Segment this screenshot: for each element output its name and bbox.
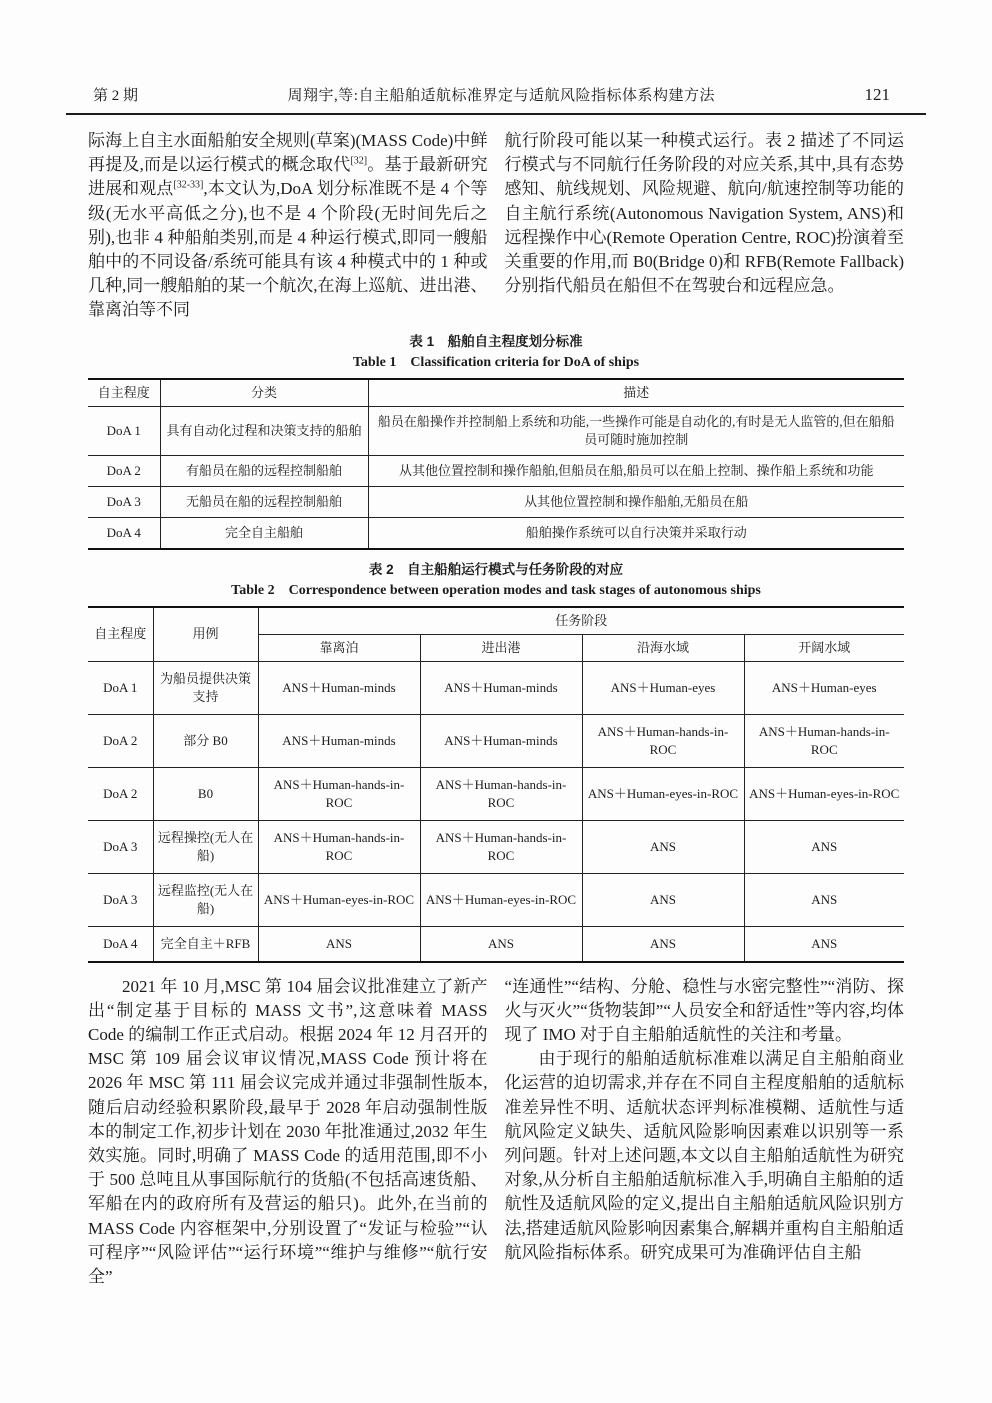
page-header: 第 2 期 周翔宇,等:自主船舶适航标准界定与适航风险指标体系构建方法 121	[66, 0, 926, 115]
table1-classification-criteria: 自主程度分类描述 DoA 1具有自动化过程和决策支持的船舶船员在船操作并控制船上…	[88, 378, 904, 550]
table1-header-cell: 自主程度	[88, 379, 160, 407]
citation-ref: [32]	[350, 156, 367, 167]
stage-cell: ANS＋Human-hands-in-ROC	[582, 714, 744, 767]
stage-cell: ANS＋Human-hands-in-ROC	[258, 767, 420, 820]
stage-cell: ANS＋Human-hands-in-ROC	[420, 767, 582, 820]
table2-caption-en: Table 2 Correspondence between operation…	[0, 580, 992, 602]
doa-cell: DoA 1	[88, 406, 160, 455]
paragraph-right-bottom-1: “连通性”“结构、分舱、稳性与水密完整性”“消防、探火与灭火”“货物装卸”“人员…	[505, 975, 905, 1048]
table2-row: DoA 1为船员提供决策支持ANS＋Human-mindsANS＋Human-m…	[88, 661, 904, 714]
doa-cell: DoA 3	[88, 820, 153, 873]
table1-row: DoA 1具有自动化过程和决策支持的船舶船员在船操作并控制船上系统和功能,一些操…	[88, 406, 904, 455]
left-column-bottom: 2021 年 10 月,MSC 第 104 届会议批准建立了新产出“制定基于目标…	[88, 975, 488, 1290]
table1-row: DoA 2有船员在船的远程控制船舶从其他位置控制和操作船舶,但船员在船,船员可以…	[88, 455, 904, 486]
issue-label: 第 2 期	[93, 84, 138, 105]
table1-header-cell: 分类	[160, 379, 368, 407]
table2-body: DoA 1为船员提供决策支持ANS＋Human-mindsANS＋Human-m…	[88, 661, 904, 962]
usecase-cell: 远程监控(无人在船)	[153, 873, 258, 926]
stage-cell: ANS	[258, 926, 420, 962]
doa-cell: DoA 2	[88, 767, 153, 820]
table2-operation-modes: 自主程度用例任务阶段靠离泊进出港沿海水域开阔水域 DoA 1为船员提供决策支持A…	[88, 606, 904, 963]
stage-cell: ANS＋Human-hands-in-ROC	[744, 714, 904, 767]
doa-cell: DoA 3	[88, 486, 160, 517]
table2-row: DoA 2B0ANS＋Human-hands-in-ROCANS＋Human-h…	[88, 767, 904, 820]
table2-row: DoA 2部分 B0ANS＋Human-mindsANS＋Human-minds…	[88, 714, 904, 767]
right-column-top: 航行阶段可能以某一种模式运行。表 2 描述了不同运行模式与不同航行任务阶段的对应…	[505, 129, 905, 323]
usecase-cell: B0	[153, 767, 258, 820]
category-cell: 具有自动化过程和决策支持的船舶	[160, 406, 368, 455]
paragraph-right-bottom-2: 由于现行的船舶适航标准难以满足自主船舶商业化运营的迫切需求,并存在不同自主程度船…	[505, 1047, 905, 1265]
table1-caption: 表 1 船舶自主程度划分标准 Table 1 Classification cr…	[0, 332, 992, 374]
table2-row: DoA 3远程监控(无人在船)ANS＋Human-eyes-in-ROCANS＋…	[88, 873, 904, 926]
usecase-cell: 完全自主＋RFB	[153, 926, 258, 962]
stage-header-cell: 开阔水域	[744, 634, 904, 661]
doa-cell: DoA 1	[88, 661, 153, 714]
doa-cell: DoA 2	[88, 714, 153, 767]
stage-cell: ANS＋Human-hands-in-ROC	[420, 820, 582, 873]
table2-row: DoA 4完全自主＋RFBANSANSANSANS	[88, 926, 904, 962]
stage-cell: ANS＋Human-eyes-in-ROC	[582, 767, 744, 820]
doa-cell: DoA 2	[88, 455, 160, 486]
table2-caption: 表 2 自主船舶运行模式与任务阶段的对应 Table 2 Corresponde…	[0, 560, 992, 602]
description-cell: 从其他位置控制和操作船舶,但船员在船,船员可以在船上控制、操作船上系统和功能	[368, 455, 904, 486]
stage-cell: ANS	[582, 926, 744, 962]
doa-cell: DoA 3	[88, 873, 153, 926]
stage-cell: ANS	[420, 926, 582, 962]
paragraph-left-bottom: 2021 年 10 月,MSC 第 104 届会议批准建立了新产出“制定基于目标…	[88, 975, 488, 1290]
category-cell: 有船员在船的远程控制船舶	[160, 455, 368, 486]
table1-row: DoA 4完全自主船舶船舶操作系统可以自行决策并采取行动	[88, 517, 904, 549]
paragraph-right-top: 航行阶段可能以某一种模式运行。表 2 描述了不同运行模式与不同航行任务阶段的对应…	[505, 129, 905, 298]
stage-cell: ANS	[744, 820, 904, 873]
bottom-text-columns: 2021 年 10 月,MSC 第 104 届会议批准建立了新产出“制定基于目标…	[88, 975, 904, 1290]
stage-cell: ANS＋Human-eyes-in-ROC	[744, 767, 904, 820]
stage-cell: ANS＋Human-minds	[258, 661, 420, 714]
table2-header-row-1: 自主程度用例任务阶段	[88, 607, 904, 635]
left-column-top: 际海上自主水面船舶安全规则(草案)(MASS Code)中鲜再提及,而是以运行模…	[88, 129, 488, 323]
stage-cell: ANS	[744, 873, 904, 926]
stage-header-cell: 靠离泊	[258, 634, 420, 661]
running-title: 周翔宇,等:自主船舶适航标准界定与适航风险指标体系构建方法	[138, 84, 864, 105]
usecase-cell: 部分 B0	[153, 714, 258, 767]
description-cell: 船员在船操作并控制船上系统和功能,一些操作可能是自动化的,有时是无人监管的,但在…	[368, 406, 904, 455]
stage-cell: ANS＋Human-minds	[258, 714, 420, 767]
stage-header-cell: 进出港	[420, 634, 582, 661]
doa-cell: DoA 4	[88, 517, 160, 549]
table1-row: DoA 3无船员在船的远程控制船舶从其他位置控制和操作船舶,无船员在船	[88, 486, 904, 517]
table2-caption-zh: 表 2 自主船舶运行模式与任务阶段的对应	[0, 560, 992, 580]
category-cell: 无船员在船的远程控制船舶	[160, 486, 368, 517]
paragraph-left-top: 际海上自主水面船舶安全规则(草案)(MASS Code)中鲜再提及,而是以运行模…	[88, 129, 488, 323]
table2-head: 自主程度用例任务阶段靠离泊进出港沿海水域开阔水域	[88, 607, 904, 662]
table1-head: 自主程度分类描述	[88, 379, 904, 407]
stage-cell: ANS＋Human-eyes	[744, 661, 904, 714]
paper-page: 第 2 期 周翔宇,等:自主船舶适航标准界定与适航风险指标体系构建方法 121 …	[0, 0, 992, 1403]
stage-cell: ANS	[582, 873, 744, 926]
description-cell: 船舶操作系统可以自行决策并采取行动	[368, 517, 904, 549]
stage-cell: ANS	[582, 820, 744, 873]
stage-cell: ANS	[744, 926, 904, 962]
stage-cell: ANS＋Human-eyes	[582, 661, 744, 714]
usecase-header-cell: 用例	[153, 607, 258, 662]
description-cell: 从其他位置控制和操作船舶,无船员在船	[368, 486, 904, 517]
table1-caption-en: Table 1 Classification criteria for DoA …	[0, 352, 992, 374]
stage-cell: ANS＋Human-minds	[420, 661, 582, 714]
table1-body: DoA 1具有自动化过程和决策支持的船舶船员在船操作并控制船上系统和功能,一些操…	[88, 406, 904, 549]
stage-cell: ANS＋Human-eyes-in-ROC	[258, 873, 420, 926]
usecase-cell: 为船员提供决策支持	[153, 661, 258, 714]
right-column-bottom: “连通性”“结构、分舱、稳性与水密完整性”“消防、探火与灭火”“货物装卸”“人员…	[505, 975, 905, 1290]
table2-row: DoA 3远程操控(无人在船)ANS＋Human-hands-in-ROCANS…	[88, 820, 904, 873]
page-number: 121	[865, 85, 891, 105]
task-stage-span-header: 任务阶段	[258, 607, 904, 635]
doa-header-cell: 自主程度	[88, 607, 153, 662]
stage-cell: ANS＋Human-hands-in-ROC	[258, 820, 420, 873]
top-text-columns: 际海上自主水面船舶安全规则(草案)(MASS Code)中鲜再提及,而是以运行模…	[88, 129, 904, 323]
stage-cell: ANS＋Human-minds	[420, 714, 582, 767]
citation-ref: [32-33]	[173, 180, 203, 191]
category-cell: 完全自主船舶	[160, 517, 368, 549]
doa-cell: DoA 4	[88, 926, 153, 962]
table1-header-row: 自主程度分类描述	[88, 379, 904, 407]
table1-caption-zh: 表 1 船舶自主程度划分标准	[0, 332, 992, 352]
table1-header-cell: 描述	[368, 379, 904, 407]
usecase-cell: 远程操控(无人在船)	[153, 820, 258, 873]
stage-cell: ANS＋Human-eyes-in-ROC	[420, 873, 582, 926]
stage-header-cell: 沿海水域	[582, 634, 744, 661]
